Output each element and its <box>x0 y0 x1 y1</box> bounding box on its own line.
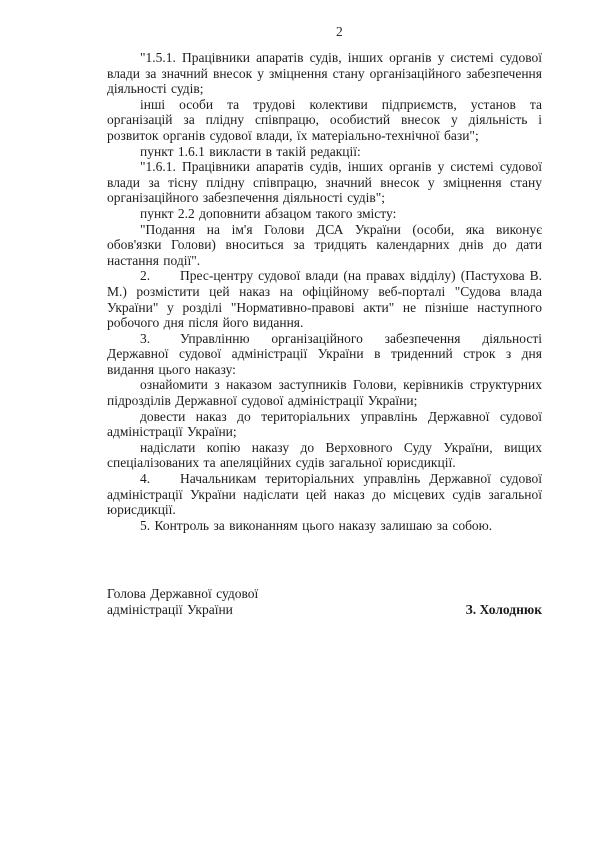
amendment-intro-1-6-1: пункт 1.6.1 викласти в такій редакції: <box>107 144 542 160</box>
order-item-3-sub-3: надіслати копію наказу до Верховного Суд… <box>107 440 542 471</box>
order-item-3: 3.Управлінню організаційного забезпеченн… <box>107 331 542 378</box>
scanned-order-page: 2 "1.5.1. Працівники апаратів судів, інш… <box>0 0 612 845</box>
signer-name: З. Холоднюк <box>466 602 542 618</box>
order-item-3-sub-2: довести наказ до територіальних управлін… <box>107 409 542 440</box>
order-item-3-sub-1: ознайомити з наказом заступників Голови,… <box>107 377 542 408</box>
item-3-number: 3. <box>140 331 180 347</box>
amendment-clause-1-6-1: "1.6.1. Працівники апаратів судів, інших… <box>107 159 542 206</box>
signature-block: Голова Державної судової адміністрації У… <box>107 586 542 617</box>
order-item-4: 4.Начальникам територіальних управлінь Д… <box>107 471 542 518</box>
amendment-intro-2-2: пункт 2.2 доповнити абзацом такого зміст… <box>107 206 542 222</box>
amendment-clause-other-persons: інші особи та трудові колективи підприєм… <box>107 97 542 144</box>
order-item-2: 2.Прес-центру судової влади (на правах в… <box>107 268 542 330</box>
amendment-clause-1-5-1: "1.5.1. Працівники апаратів судів, інших… <box>107 50 542 97</box>
signer-title-line-1: Голова Державної судової <box>107 586 542 602</box>
item-2-number: 2. <box>140 268 180 284</box>
page-number: 2 <box>336 24 343 40</box>
item-4-number: 4. <box>140 471 180 487</box>
order-item-5: 5. Контроль за виконанням цього наказу з… <box>107 518 542 534</box>
amendment-clause-2-2: "Подання на ім'я Голови ДСА України (осо… <box>107 222 542 269</box>
document-body: "1.5.1. Працівники апаратів судів, інших… <box>107 50 542 618</box>
